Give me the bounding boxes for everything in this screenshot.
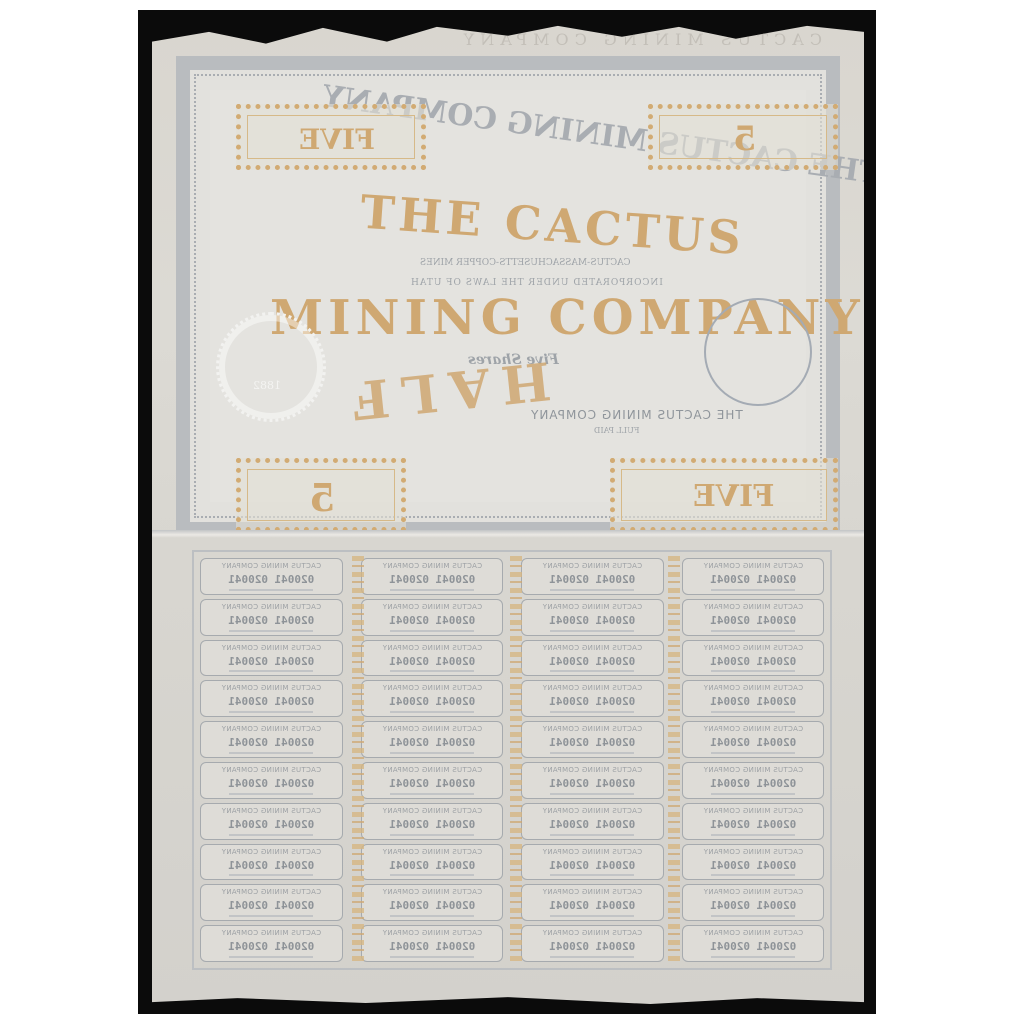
- coupon: CACTUS MINING COMPANY020041 020041: [200, 680, 343, 717]
- coupon-number: 020041 020041: [522, 777, 663, 790]
- coupon-label: CACTUS MINING COMPANY: [522, 807, 663, 815]
- coupon-footer-line: [229, 874, 313, 876]
- coupon-footer-line: [390, 793, 474, 795]
- coupon: CACTUS MINING COMPANY020041 020041: [682, 680, 825, 717]
- coupon-footer-line: [229, 956, 313, 958]
- gold-divider: [352, 556, 364, 964]
- coupon-footer-line: [550, 752, 634, 754]
- coupon-number: 020041 020041: [201, 695, 342, 708]
- coupon-label: CACTUS MINING COMPANY: [683, 888, 824, 896]
- coupon: CACTUS MINING COMPANY020041 020041: [361, 640, 504, 677]
- coupon: CACTUS MINING COMPANY020041 020041: [682, 925, 825, 962]
- coupon: CACTUS MINING COMPANY020041 020041: [682, 640, 825, 677]
- coupon-label: CACTUS MINING COMPANY: [201, 684, 342, 692]
- coupon: CACTUS MINING COMPANY020041 020041: [200, 721, 343, 758]
- coupon-number: 020041 020041: [683, 818, 824, 831]
- denomination-text: FIVE: [299, 123, 375, 156]
- coupon-number: 020041 020041: [522, 695, 663, 708]
- coupon-number: 020041 020041: [362, 695, 503, 708]
- coupon-number: 020041 020041: [201, 940, 342, 953]
- coupon: CACTUS MINING COMPANY020041 020041: [200, 803, 343, 840]
- coupon-footer-line: [390, 670, 474, 672]
- coupon-footer-line: [711, 956, 795, 958]
- coupon: CACTUS MINING COMPANY020041 020041: [521, 680, 664, 717]
- coupon-footer-line: [390, 752, 474, 754]
- ink-stamp: [704, 298, 812, 406]
- coupon-label: CACTUS MINING COMPANY: [362, 888, 503, 896]
- coupon-label: CACTUS MINING COMPANY: [201, 848, 342, 856]
- coupon-footer-line: [390, 711, 474, 713]
- coupon-footer-line: [229, 589, 313, 591]
- coupon-label: CACTUS MINING COMPANY: [201, 888, 342, 896]
- coupon: CACTUS MINING COMPANY020041 020041: [521, 599, 664, 636]
- coupon-footer-line: [229, 752, 313, 754]
- coupon-number: 020041 020041: [522, 573, 663, 586]
- coupon-number: 020041 020041: [362, 777, 503, 790]
- denomination-text: 5: [309, 475, 335, 520]
- coupon-footer-line: [390, 956, 474, 958]
- coupon-footer-line: [390, 630, 474, 632]
- coupon-footer-line: [711, 589, 795, 591]
- coupon-label: CACTUS MINING COMPANY: [683, 807, 824, 815]
- coupon: CACTUS MINING COMPANY020041 020041: [521, 640, 664, 677]
- coupon: CACTUS MINING COMPANY020041 020041: [521, 762, 664, 799]
- coupon-label: CACTUS MINING COMPANY: [683, 725, 824, 733]
- coupon-label: CACTUS MINING COMPANY: [683, 766, 824, 774]
- coupon: CACTUS MINING COMPANY020041 020041: [361, 599, 504, 636]
- full-paid-text: FULL PAID: [594, 426, 639, 435]
- coupon-number: 020041 020041: [362, 573, 503, 586]
- coupon: CACTUS MINING COMPANY020041 020041: [200, 640, 343, 677]
- coupon: CACTUS MINING COMPANY020041 020041: [361, 884, 504, 921]
- title-line-1: THE CACTUS: [359, 185, 747, 266]
- coupon-label: CACTUS MINING COMPANY: [362, 684, 503, 692]
- coupon-footer-line: [229, 670, 313, 672]
- coupon-footer-line: [550, 915, 634, 917]
- coupon-label: CACTUS MINING COMPANY: [201, 562, 342, 570]
- coupon-label: CACTUS MINING COMPANY: [522, 644, 663, 652]
- coupon-label: CACTUS MINING COMPANY: [683, 644, 824, 652]
- coupon: CACTUS MINING COMPANY020041 020041: [521, 721, 664, 758]
- coupon: CACTUS MINING COMPANY020041 020041: [200, 925, 343, 962]
- coupon: CACTUS MINING COMPANY020041 020041: [361, 844, 504, 881]
- denomination-box-top-left: FIVE: [236, 104, 426, 170]
- coupon-label: CACTUS MINING COMPANY: [683, 929, 824, 937]
- embossed-seal: 1882: [216, 312, 326, 422]
- coupon-number: 020041 020041: [362, 859, 503, 872]
- coupon-label: CACTUS MINING COMPANY: [362, 603, 503, 611]
- coupon-label: CACTUS MINING COMPANY: [201, 603, 342, 611]
- coupon: CACTUS MINING COMPANY020041 020041: [200, 558, 343, 595]
- coupon: CACTUS MINING COMPANY020041 020041: [361, 803, 504, 840]
- arched-text: HALF: [337, 349, 553, 432]
- coupon-footer-line: [711, 834, 795, 836]
- coupon-footer-line: [711, 630, 795, 632]
- denomination-box-top-right: 5: [648, 104, 838, 170]
- coupon-number: 020041 020041: [201, 777, 342, 790]
- coupon: CACTUS MINING COMPANY020041 020041: [361, 762, 504, 799]
- coupon-number: 020041 020041: [362, 614, 503, 627]
- coupon-label: CACTUS MINING COMPANY: [522, 684, 663, 692]
- coupon-label: CACTUS MINING COMPANY: [201, 766, 342, 774]
- coupon-footer-line: [229, 630, 313, 632]
- coupon-number: 020041 020041: [522, 736, 663, 749]
- coupon-label: CACTUS MINING COMPANY: [362, 725, 503, 733]
- coupon-label: CACTUS MINING COMPANY: [522, 929, 663, 937]
- coupon: CACTUS MINING COMPANY020041 020041: [682, 803, 825, 840]
- coupon-label: CACTUS MINING COMPANY: [522, 766, 663, 774]
- coupon-number: 020041 020041: [201, 736, 342, 749]
- coupon: CACTUS MINING COMPANY020041 020041: [682, 599, 825, 636]
- coupon-footer-line: [550, 874, 634, 876]
- coupon: CACTUS MINING COMPANY020041 020041: [361, 925, 504, 962]
- coupon: CACTUS MINING COMPANY020041 020041: [521, 558, 664, 595]
- coupon-footer-line: [550, 834, 634, 836]
- coupon: CACTUS MINING COMPANY020041 020041: [361, 680, 504, 717]
- coupon-label: CACTUS MINING COMPANY: [522, 562, 663, 570]
- coupon-label: CACTUS MINING COMPANY: [362, 562, 503, 570]
- coupon-number: 020041 020041: [522, 655, 663, 668]
- coupon-number: 020041 020041: [522, 859, 663, 872]
- coupon-number: 020041 020041: [683, 899, 824, 912]
- coupon: CACTUS MINING COMPANY020041 020041: [682, 762, 825, 799]
- coupon-number: 020041 020041: [201, 573, 342, 586]
- coupon-footer-line: [550, 711, 634, 713]
- incorporation-text: INCORPORATED UNDER THE LAWS OF UTAH: [410, 278, 663, 288]
- certificate-paper: CACTUS MINING COMPANY THE CACTUS MINING …: [152, 22, 864, 1006]
- denomination-box-bottom-left: 5: [236, 458, 406, 532]
- coupon-number: 020041 020041: [522, 899, 663, 912]
- coupon-number: 020041 020041: [201, 818, 342, 831]
- coupon-number: 020041 020041: [683, 736, 824, 749]
- fold-line: [152, 530, 864, 538]
- coupon-number: 020041 020041: [201, 859, 342, 872]
- denomination-box-bottom-right: FIVE: [610, 458, 838, 532]
- coupon-footer-line: [390, 874, 474, 876]
- coupon-footer-line: [229, 834, 313, 836]
- seal-year: 1882: [253, 379, 281, 392]
- coupon: CACTUS MINING COMPANY020041 020041: [200, 844, 343, 881]
- certificate-inner: THE CACTUS MINING COMPANY FIVE 5 5 FIVE …: [210, 90, 806, 502]
- coupon-number: 020041 020041: [683, 573, 824, 586]
- coupon: CACTUS MINING COMPANY020041 020041: [200, 599, 343, 636]
- gold-divider: [510, 556, 522, 964]
- coupon-label: CACTUS MINING COMPANY: [683, 603, 824, 611]
- coupon-label: CACTUS MINING COMPANY: [522, 888, 663, 896]
- coupon: CACTUS MINING COMPANY020041 020041: [521, 925, 664, 962]
- coupon-number: 020041 020041: [683, 655, 824, 668]
- subtitle: CACTUS-MASSACHUSETTS-COPPER MINES: [420, 258, 631, 268]
- coupon: CACTUS MINING COMPANY020041 020041: [521, 884, 664, 921]
- coupon: CACTUS MINING COMPANY020041 020041: [682, 558, 825, 595]
- coupon-number: 020041 020041: [683, 940, 824, 953]
- coupon-label: CACTUS MINING COMPANY: [362, 929, 503, 937]
- coupon-footer-line: [711, 915, 795, 917]
- coupon-number: 020041 020041: [201, 899, 342, 912]
- coupon-label: CACTUS MINING COMPANY: [522, 725, 663, 733]
- coupon: CACTUS MINING COMPANY020041 020041: [682, 844, 825, 881]
- coupon: CACTUS MINING COMPANY020041 020041: [521, 803, 664, 840]
- coupon-footer-line: [550, 589, 634, 591]
- coupon-footer-line: [390, 589, 474, 591]
- coupon-label: CACTUS MINING COMPANY: [201, 725, 342, 733]
- coupon-footer-line: [229, 711, 313, 713]
- coupon-number: 020041 020041: [522, 940, 663, 953]
- coupon-label: CACTUS MINING COMPANY: [683, 848, 824, 856]
- coupon-number: 020041 020041: [522, 614, 663, 627]
- coupon: CACTUS MINING COMPANY020041 020041: [361, 721, 504, 758]
- certificate-body: THE CACTUS MINING COMPANY FIVE 5 5 FIVE …: [176, 56, 840, 536]
- coupon: CACTUS MINING COMPANY020041 020041: [200, 762, 343, 799]
- coupon-number: 020041 020041: [683, 777, 824, 790]
- coupon-label: CACTUS MINING COMPANY: [683, 562, 824, 570]
- denomination-text: 5: [733, 119, 757, 159]
- coupon-footer-line: [550, 630, 634, 632]
- coupon: CACTUS MINING COMPANY020041 020041: [361, 558, 504, 595]
- coupon-footer-line: [711, 670, 795, 672]
- coupon-label: CACTUS MINING COMPANY: [362, 807, 503, 815]
- coupon-footer-line: [229, 793, 313, 795]
- coupon-footer-line: [711, 711, 795, 713]
- coupon-footer-line: [550, 670, 634, 672]
- coupon-label: CACTUS MINING COMPANY: [201, 807, 342, 815]
- coupon-number: 020041 020041: [201, 614, 342, 627]
- coupon-footer-line: [390, 915, 474, 917]
- coupon-number: 020041 020041: [362, 940, 503, 953]
- coupon-number: 020041 020041: [522, 818, 663, 831]
- coupon: CACTUS MINING COMPANY020041 020041: [521, 844, 664, 881]
- coupon-footer-line: [229, 915, 313, 917]
- coupon: CACTUS MINING COMPANY020041 020041: [682, 721, 825, 758]
- coupon-label: CACTUS MINING COMPANY: [362, 644, 503, 652]
- coupon-number: 020041 020041: [362, 655, 503, 668]
- coupon-footer-line: [550, 956, 634, 958]
- coupon-label: CACTUS MINING COMPANY: [362, 766, 503, 774]
- coupon-label: CACTUS MINING COMPANY: [522, 603, 663, 611]
- coupon-number: 020041 020041: [201, 655, 342, 668]
- coupon-number: 020041 020041: [362, 899, 503, 912]
- coupon-label: CACTUS MINING COMPANY: [522, 848, 663, 856]
- coupon-footer-line: [711, 793, 795, 795]
- coupon-footer-line: [390, 834, 474, 836]
- coupon-number: 020041 020041: [362, 736, 503, 749]
- coupon-label: CACTUS MINING COMPANY: [201, 929, 342, 937]
- coupon-footer-line: [550, 793, 634, 795]
- coupon-footer-line: [711, 874, 795, 876]
- coupon-number: 020041 020041: [362, 818, 503, 831]
- coupon-label: CACTUS MINING COMPANY: [362, 848, 503, 856]
- company-line: THE CACTUS MINING COMPANY: [530, 408, 743, 422]
- coupon-number: 020041 020041: [683, 695, 824, 708]
- coupon: CACTUS MINING COMPANY020041 020041: [200, 884, 343, 921]
- denomination-text: FIVE: [693, 479, 774, 514]
- coupon-label: CACTUS MINING COMPANY: [683, 684, 824, 692]
- coupon-footer-line: [711, 752, 795, 754]
- coupon-number: 020041 020041: [683, 859, 824, 872]
- coupon: CACTUS MINING COMPANY020041 020041: [682, 884, 825, 921]
- coupon-label: CACTUS MINING COMPANY: [201, 644, 342, 652]
- gold-divider: [668, 556, 680, 964]
- coupon-number: 020041 020041: [683, 614, 824, 627]
